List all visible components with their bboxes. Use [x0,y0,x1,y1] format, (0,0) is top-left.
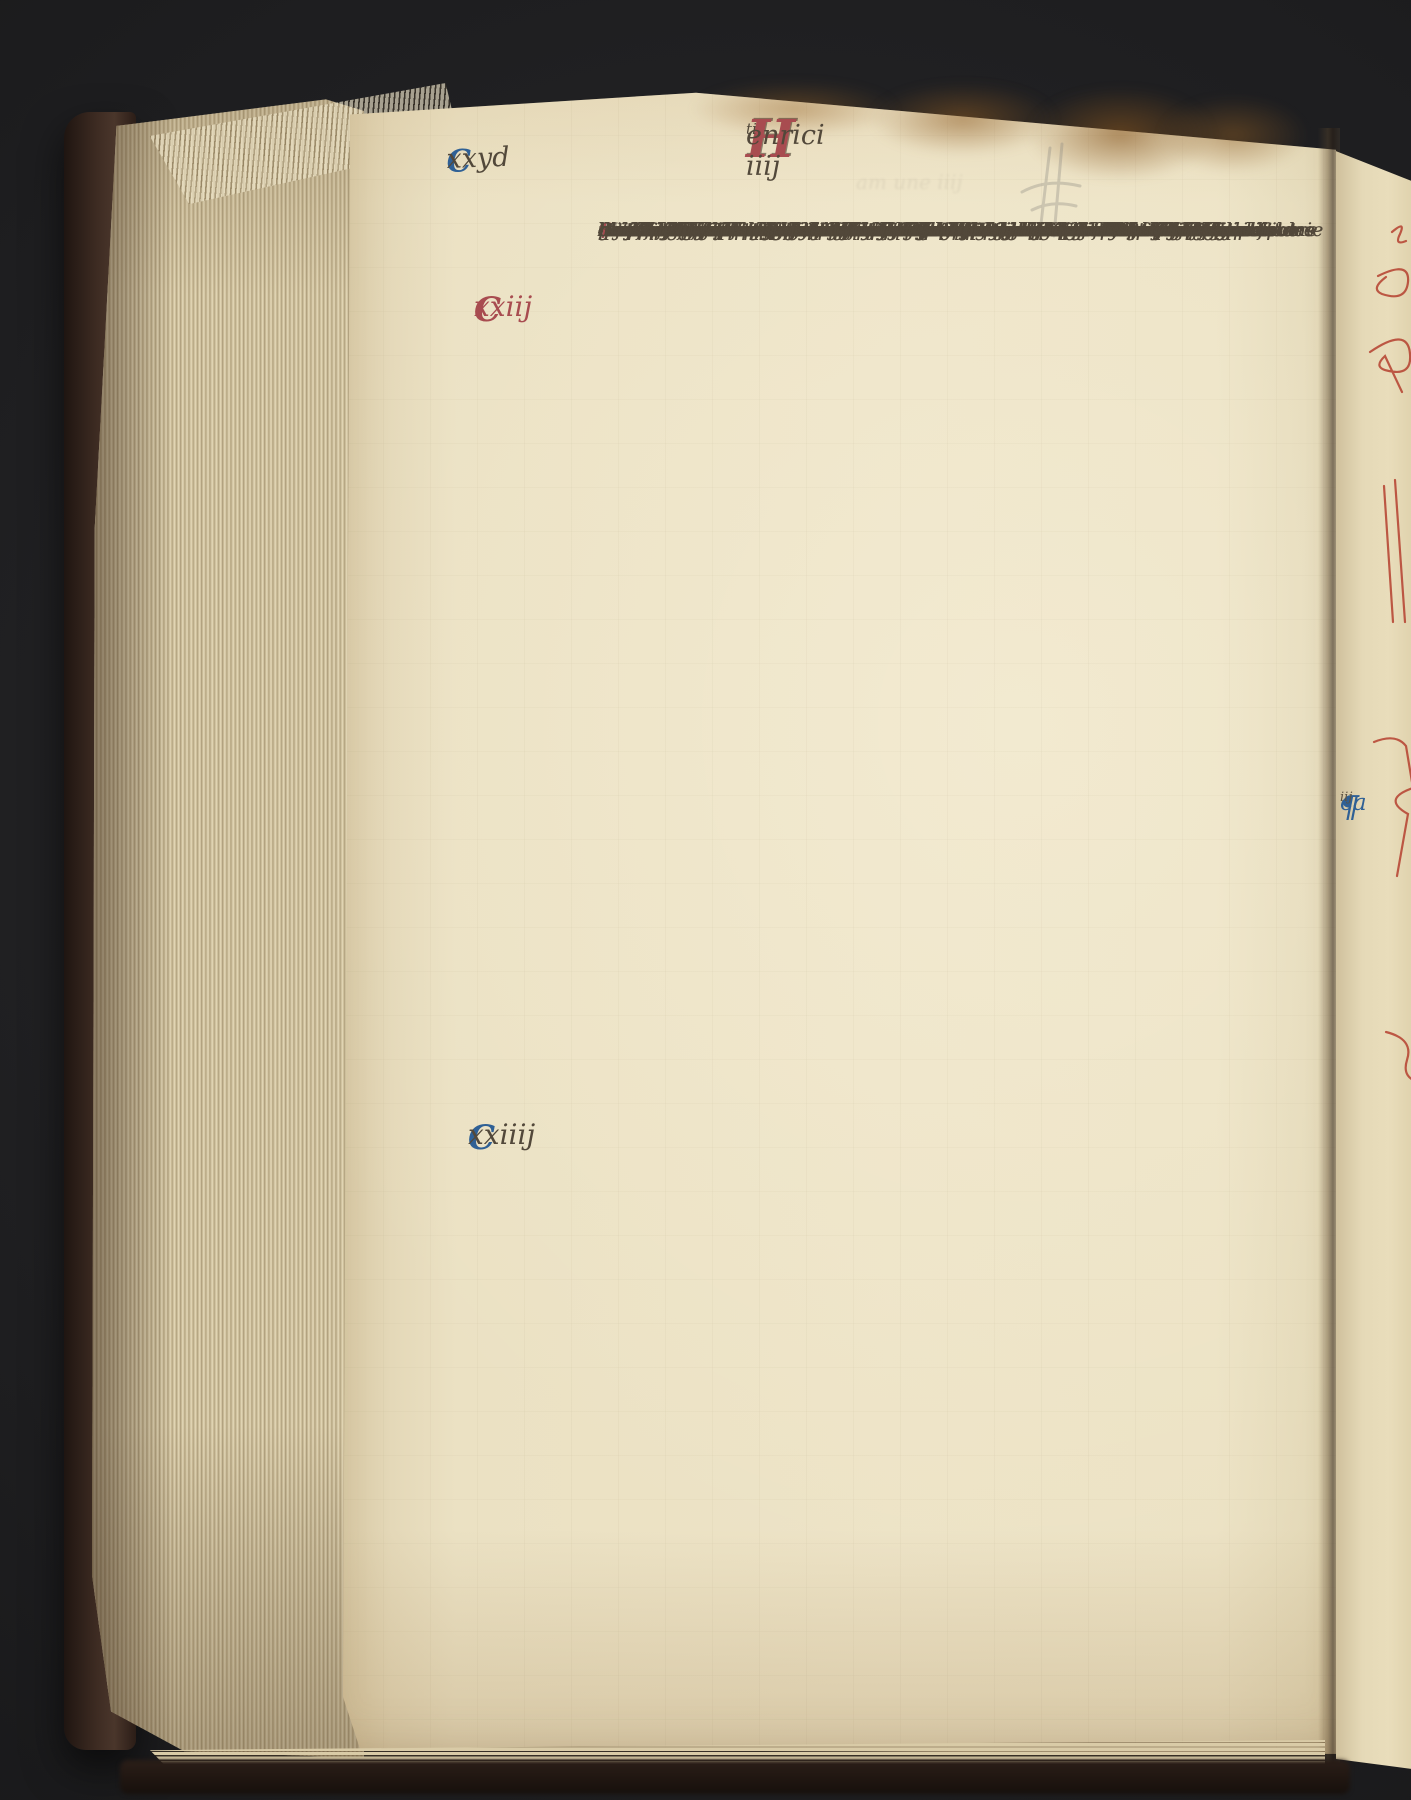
text-block: qui suyt fait ou assave a contrie du dit… [598,220,1278,1360]
book-cover-bottom [120,1760,1350,1794]
top-edge-stain [1158,96,1308,174]
margin-number-rest: xxiiij [468,1118,535,1151]
manuscript-photo: am une iiij Cxxyd Henrici iiijti Cxxiij … [0,0,1411,1800]
margin-number-rest: xxiij [474,290,532,323]
page-edge-stack [92,96,364,1758]
running-title-superscript: ti [746,120,757,138]
running-title-rest: enrici iiij [746,120,825,182]
line-text: hors de leschequier encontre les ditz ge… [598,220,1218,241]
quire-signature-rest: xxyd [446,142,510,175]
red-pen-flourishes [1330,180,1411,1140]
